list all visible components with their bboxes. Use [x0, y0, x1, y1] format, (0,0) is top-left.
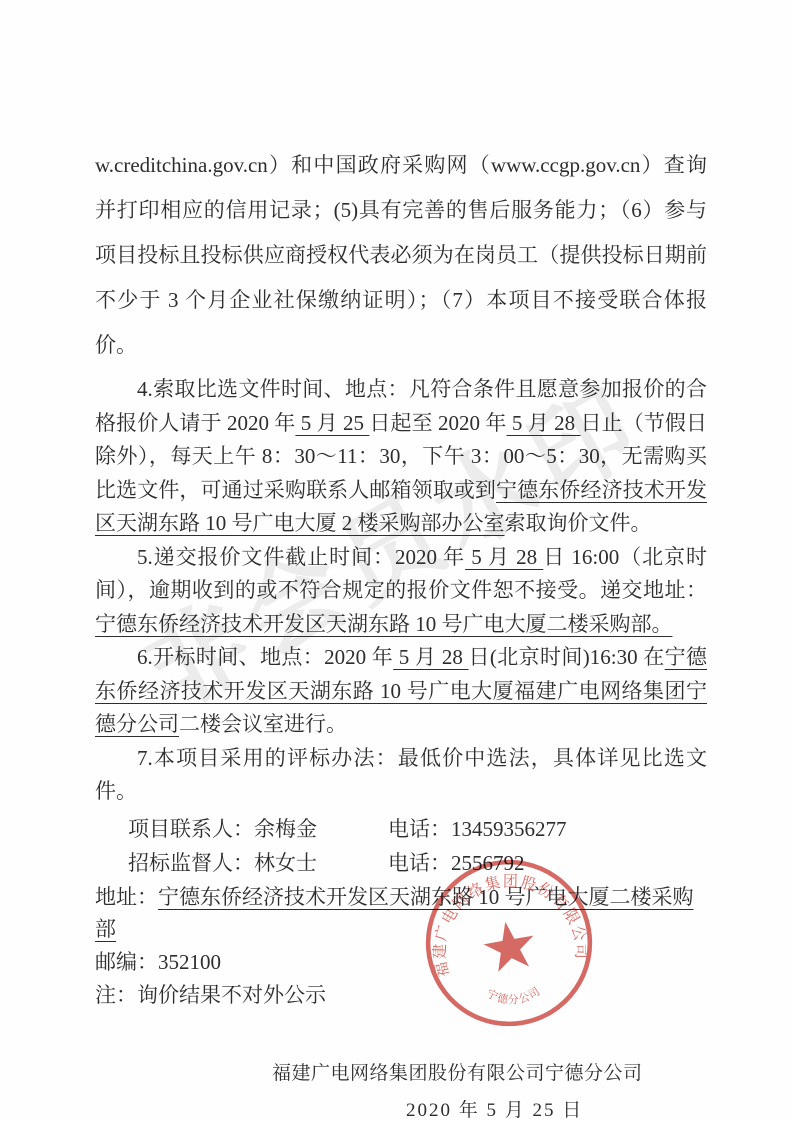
text-segment: 二楼会议室进行。	[179, 712, 347, 736]
text-segment: 索取询价文件。	[505, 511, 652, 535]
contacts-block: 项目联系人：余梅金 电话：13459356277 招标监督人：林女士 电话：25…	[95, 812, 707, 1011]
text-segment: 6.开标时间、地点：2020 年	[137, 645, 393, 669]
underlined-text-segment: 5 月 25	[295, 411, 369, 435]
address-value: 宁德东侨经济技术开发区天湖东路 10 号广电大厦二楼采购部	[95, 885, 694, 941]
contact-row-project: 项目联系人：余梅金 电话：13459356277	[128, 812, 707, 846]
para-credit-continuation: w.creditchina.gov.cn）和中国政府采购网（www.ccgp.g…	[95, 143, 707, 368]
supervisor-contact-phone: 电话：2556792	[388, 846, 707, 880]
address-label: 地址：	[95, 885, 158, 909]
para-4-document-collection: 4.索取比选文件时间、地点：凡符合条件且愿意参加报价的合格报价人请于 2020 …	[95, 373, 707, 541]
address-line: 地址：宁德东侨经济技术开发区天湖东路 10 号广电大厦二楼采购部	[95, 881, 707, 945]
para-7-evaluation-method: 7.本项目采用的评标办法：最低价中选法，具体详见比选文件。	[95, 742, 707, 809]
underlined-text-segment: 5 月 28	[507, 411, 581, 435]
body-paragraphs: w.creditchina.gov.cn）和中国政府采购网（www.ccgp.g…	[95, 143, 707, 809]
supervisor-contact-label: 招标监督人：林女士	[128, 846, 388, 880]
signature-block: 福建广电网络集团股份有限公司宁德分公司 2020 年 5 月 25 日	[95, 1061, 707, 1121]
text-segment: 5.递交报价文件截止时间：2020 年	[137, 545, 465, 569]
para-5-submission-deadline: 5.递交报价文件截止时间：2020 年 5 月 28 日 16:00（北京时间）…	[95, 541, 707, 642]
text-segment: 7.本项目采用的评标办法：最低价中选法，具体详见比选文件。	[95, 746, 707, 804]
text-segment: w.creditchina.gov.cn）和中国政府采购网（www.ccgp.g…	[95, 153, 707, 357]
underlined-text-segment: 5 月 28	[465, 545, 543, 569]
signature-date: 2020 年 5 月 25 日	[406, 1099, 707, 1121]
scanned-document-page: 非会员水印 w.creditchina.gov.cn）和中国政府采购网（www.…	[0, 0, 793, 1121]
signature-company: 福建广电网络集团股份有限公司宁德分公司	[272, 1061, 707, 1087]
underlined-text-segment: 5 月 28	[393, 645, 468, 669]
text-segment: 日(北京时间)16:30 在	[469, 645, 665, 669]
project-contact-phone: 电话：13459356277	[388, 812, 707, 846]
contact-row-supervisor: 招标监督人：林女士 电话：2556792	[128, 846, 707, 880]
underlined-text-segment: 宁德东侨经济技术开发区天湖东路 10 号广电大厦二楼采购部。	[95, 612, 673, 636]
text-segment: 日起至 2020 年	[369, 411, 506, 435]
project-contact-label: 项目联系人：余梅金	[128, 812, 388, 846]
postcode-line: 邮编：352100	[95, 946, 707, 978]
note-line: 注：询价结果不对外公示	[95, 979, 707, 1011]
para-6-bid-opening: 6.开标时间、地点：2020 年 5 月 28 日(北京时间)16:30 在宁德…	[95, 641, 707, 742]
document-content: w.creditchina.gov.cn）和中国政府采购网（www.ccgp.g…	[0, 0, 793, 1121]
